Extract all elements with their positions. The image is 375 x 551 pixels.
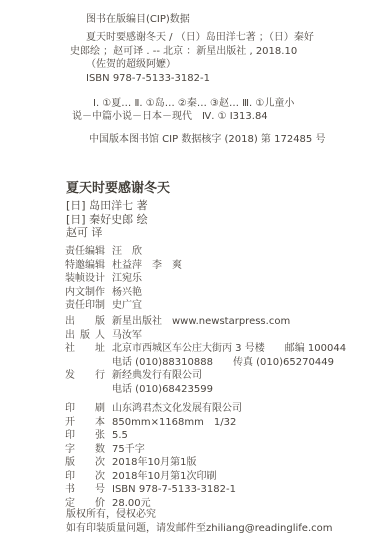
staff-row: 装帧设计江宛乐	[65, 272, 182, 286]
printing-value: 850mm×1168mm 1/32	[112, 416, 236, 430]
staff-row: 特邀编辑杜益萍 李 爽	[65, 259, 182, 273]
printing-value: 2018年10月第1版	[112, 456, 197, 470]
publication-label: 出版	[65, 315, 105, 329]
staff-row: 责任印制史广宜	[65, 299, 182, 313]
printing-value: 2018年10月第1次印刷	[112, 470, 217, 484]
staff-role-label: 内文制作	[65, 286, 105, 300]
printing-row: 印刷山东鸿君杰文化发展有限公司	[65, 402, 242, 416]
staff-name: 江宛乐	[112, 272, 142, 286]
publication-row: 电话 (010)68423599	[65, 383, 346, 397]
staff-role-label: 责任编辑	[65, 245, 105, 259]
printing-label: 版次	[65, 456, 105, 470]
illustrator-line: [日] 秦好史郎 绘	[66, 213, 170, 227]
staff-name: 史广宜	[112, 299, 142, 313]
copyright-page: 图书在版编目(CIP)数据 夏天时要感谢冬天 / （日）岛田洋七著 ；（日）秦好…	[0, 0, 375, 551]
cip-header: 图书在版编目(CIP)数据	[86, 13, 325, 26]
cip-classification-line-1: Ⅰ. ①夏… Ⅱ. ①岛… ②秦… ③赵… Ⅲ. ①儿童小	[93, 97, 325, 110]
publication-value: 电话 (010)68423599	[112, 383, 213, 397]
cip-isbn: ISBN 978-7-5133-3182-1	[86, 72, 325, 85]
printing-value: 75千字	[112, 443, 145, 457]
publication-row: 发行新经典发行有限公司	[65, 369, 346, 383]
author-line: [日] 岛田洋七 著	[66, 199, 170, 213]
publication-label: 发行	[65, 369, 105, 383]
staff-name: 杨兴艳	[112, 286, 142, 300]
printing-block: 印刷山东鸿君杰文化发展有限公司 开本850mm×1168mm 1/32 印张5.…	[65, 402, 242, 510]
cip-record-number: 中国版本图书馆 CIP 数据核字 (2018) 第 172485 号	[89, 133, 325, 146]
printing-value: ISBN 978-7-5133-3182-1	[112, 483, 236, 497]
printing-row: 开本850mm×1168mm 1/32	[65, 416, 242, 430]
printing-row: 印次2018年10月第1次印刷	[65, 470, 242, 484]
book-title: 夏天时要感谢冬天	[66, 181, 170, 197]
publication-label: 社址	[65, 342, 105, 356]
publication-row: 出版人马汝军	[65, 329, 346, 343]
publication-value: 新星出版社 www.newstarpress.com	[112, 315, 290, 329]
printing-label: 印次	[65, 470, 105, 484]
title-block: 夏天时要感谢冬天 [日] 岛田洋七 著 [日] 秦好史郎 绘 赵可 译	[66, 181, 170, 240]
printing-label: 印张	[65, 429, 105, 443]
publication-value: 北京市西城区车公庄大街丙 3 号楼 邮编 100044	[112, 342, 346, 356]
publication-value: 电话 (010)88310888 传真 (010)65270449	[112, 356, 334, 370]
staff-role-label: 责任印制	[65, 299, 105, 313]
staff-name: 杜益萍 李 爽	[112, 259, 182, 273]
cip-data-block: 图书在版编目(CIP)数据 夏天时要感谢冬天 / （日）岛田洋七著 ；（日）秦好…	[70, 13, 325, 146]
publication-row: 出版新星出版社 www.newstarpress.com	[65, 315, 346, 329]
printing-label: 印刷	[65, 402, 105, 416]
publication-label: 出版人	[65, 329, 105, 343]
printing-row: 版次2018年10月第1版	[65, 456, 242, 470]
printing-row: 印张5.5	[65, 429, 242, 443]
translator-line: 赵可 译	[66, 226, 170, 240]
cip-series-note: （佐贺的超级阿嬷）	[86, 58, 325, 71]
rights-notice: 版权所有，侵权必究	[66, 508, 332, 522]
publication-value: 马汝军	[112, 329, 142, 343]
quality-notice: 如有印装质量问题，请发邮件至zhiliang@readinglife.com	[66, 522, 332, 536]
cip-classification-line-2: 说－中篇小说－日本－现代 Ⅳ. ① I313.84	[72, 110, 325, 123]
printing-row: 书号ISBN 978-7-5133-3182-1	[65, 483, 242, 497]
publication-row: 电话 (010)88310888 传真 (010)65270449	[65, 356, 346, 370]
footer-block: 版权所有，侵权必究 如有印装质量问题，请发邮件至zhiliang@reading…	[66, 508, 332, 535]
publication-value: 新经典发行有限公司	[112, 369, 202, 383]
printing-label: 开本	[65, 416, 105, 430]
printing-row: 字数75千字	[65, 443, 242, 457]
staff-row: 责任编辑汪 欣	[65, 245, 182, 259]
publication-block: 出版新星出版社 www.newstarpress.com 出版人马汝军 社址北京…	[65, 315, 346, 396]
cip-entry-line-2: 史郎绘 ；赵可译 . -- 北京 ：新星出版社 , 2018.10	[70, 45, 325, 58]
printing-value: 山东鸿君杰文化发展有限公司	[112, 402, 242, 416]
cip-entry-line-1: 夏天时要感谢冬天 / （日）岛田洋七著 ；（日）秦好	[86, 31, 325, 44]
publication-row: 社址北京市西城区车公庄大街丙 3 号楼 邮编 100044	[65, 342, 346, 356]
staff-role-label: 特邀编辑	[65, 259, 105, 273]
staff-row: 内文制作杨兴艳	[65, 286, 182, 300]
staff-block: 责任编辑汪 欣 特邀编辑杜益萍 李 爽 装帧设计江宛乐 内文制作杨兴艳 责任印制…	[65, 245, 182, 313]
printing-label: 书号	[65, 483, 105, 497]
staff-role-label: 装帧设计	[65, 272, 105, 286]
staff-name: 汪 欣	[112, 245, 142, 259]
printing-value: 5.5	[112, 429, 128, 443]
printing-label: 字数	[65, 443, 105, 457]
